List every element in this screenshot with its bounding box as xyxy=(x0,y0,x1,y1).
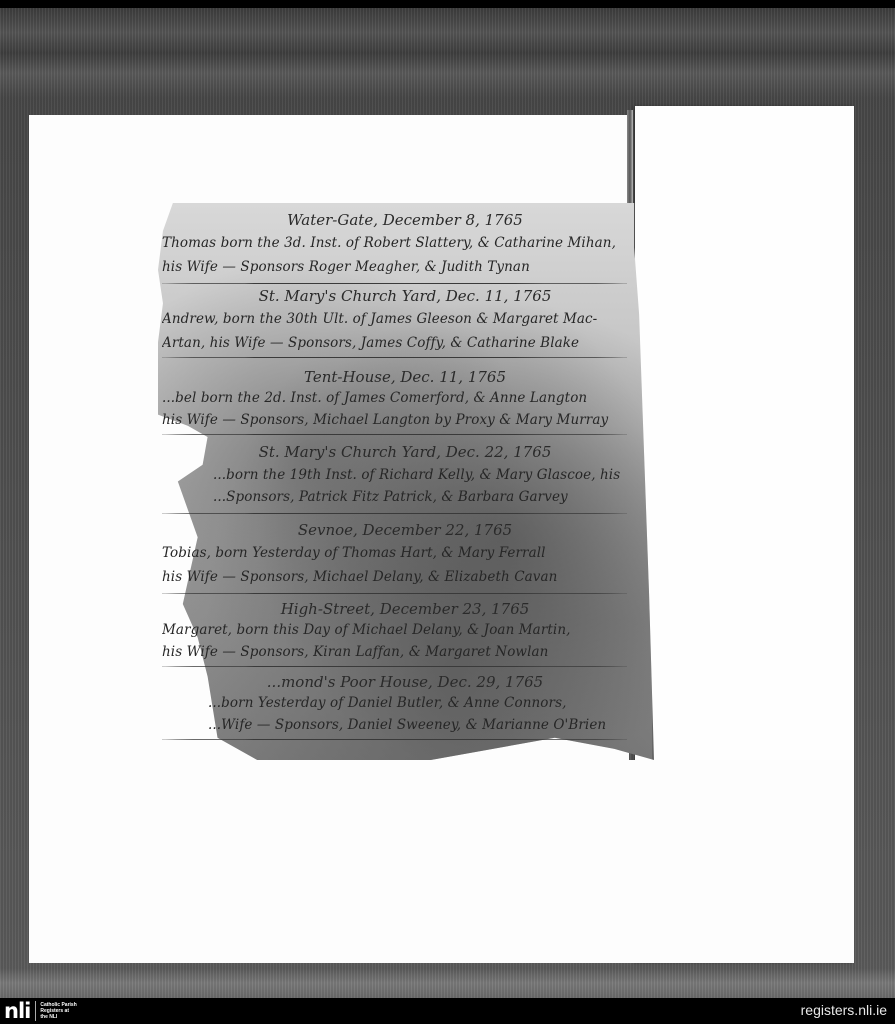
entry-line: his Wife — Sponsors, Michael Delany, & E… xyxy=(162,569,632,585)
entry-line: ...Wife — Sponsors, Daniel Sweeney, & Ma… xyxy=(208,717,678,733)
entry-divider xyxy=(162,283,627,284)
entry-heading: Water-Gate, December 8, 1765 xyxy=(158,211,652,229)
entry-line: ...born the 19th Inst. of Richard Kelly,… xyxy=(213,467,683,483)
entry-divider xyxy=(162,357,627,358)
entry-heading: High-Street, December 23, 1765 xyxy=(158,600,652,618)
entry-heading: Sevnoe, December 22, 1765 xyxy=(158,521,652,539)
entry-line: ...born Yesterday of Daniel Butler, & An… xyxy=(208,695,678,711)
entry-line: Margaret, born this Day of Michael Delan… xyxy=(162,622,632,638)
entry-divider xyxy=(162,513,627,514)
entry-heading: Tent-House, Dec. 11, 1765 xyxy=(158,368,652,386)
entry-divider xyxy=(162,666,627,667)
entry-line: ...bel born the 2d. Inst. of James Comer… xyxy=(162,390,632,406)
entry-line: Thomas born the 3d. Inst. of Robert Slat… xyxy=(162,235,632,251)
footer-bar: nli Catholic Parish Registers at the NLI… xyxy=(0,998,895,1024)
entry-heading: St. Mary's Church Yard, Dec. 22, 1765 xyxy=(158,443,652,461)
page-fold xyxy=(627,110,633,210)
nli-logo-text: Catholic Parish Registers at the NLI xyxy=(40,1002,76,1020)
logo-text-line: the NLI xyxy=(40,1014,76,1020)
entry-heading: ...mond's Poor House, Dec. 29, 1765 xyxy=(158,673,652,691)
entry-divider xyxy=(162,593,627,594)
entry-divider xyxy=(162,739,627,740)
entry-line: his Wife — Sponsors Roger Meagher, & Jud… xyxy=(162,259,632,275)
entry-line: his Wife — Sponsors, Kiran Laffan, & Mar… xyxy=(162,644,632,660)
entry-line: his Wife — Sponsors, Michael Langton by … xyxy=(162,412,632,428)
entry-line: Artan, his Wife — Sponsors, James Coffy,… xyxy=(162,335,632,351)
nli-logo[interactable]: nli Catholic Parish Registers at the NLI xyxy=(4,1000,77,1022)
entry-line: ...Sponsors, Patrick Fitz Patrick, & Bar… xyxy=(213,489,683,505)
entry-divider xyxy=(162,434,627,435)
logo-divider xyxy=(35,1001,36,1021)
entry-heading: St. Mary's Church Yard, Dec. 11, 1765 xyxy=(158,287,652,305)
entry-line: Tobias, born Yesterday of Thomas Hart, &… xyxy=(162,545,632,561)
entry-line: Andrew, born the 30th Ult. of James Glee… xyxy=(162,311,632,327)
mounting-paper-bottom xyxy=(29,760,854,963)
nli-logo-mark: nli xyxy=(4,1000,30,1022)
site-url-link[interactable]: registers.nli.ie xyxy=(801,1002,887,1018)
